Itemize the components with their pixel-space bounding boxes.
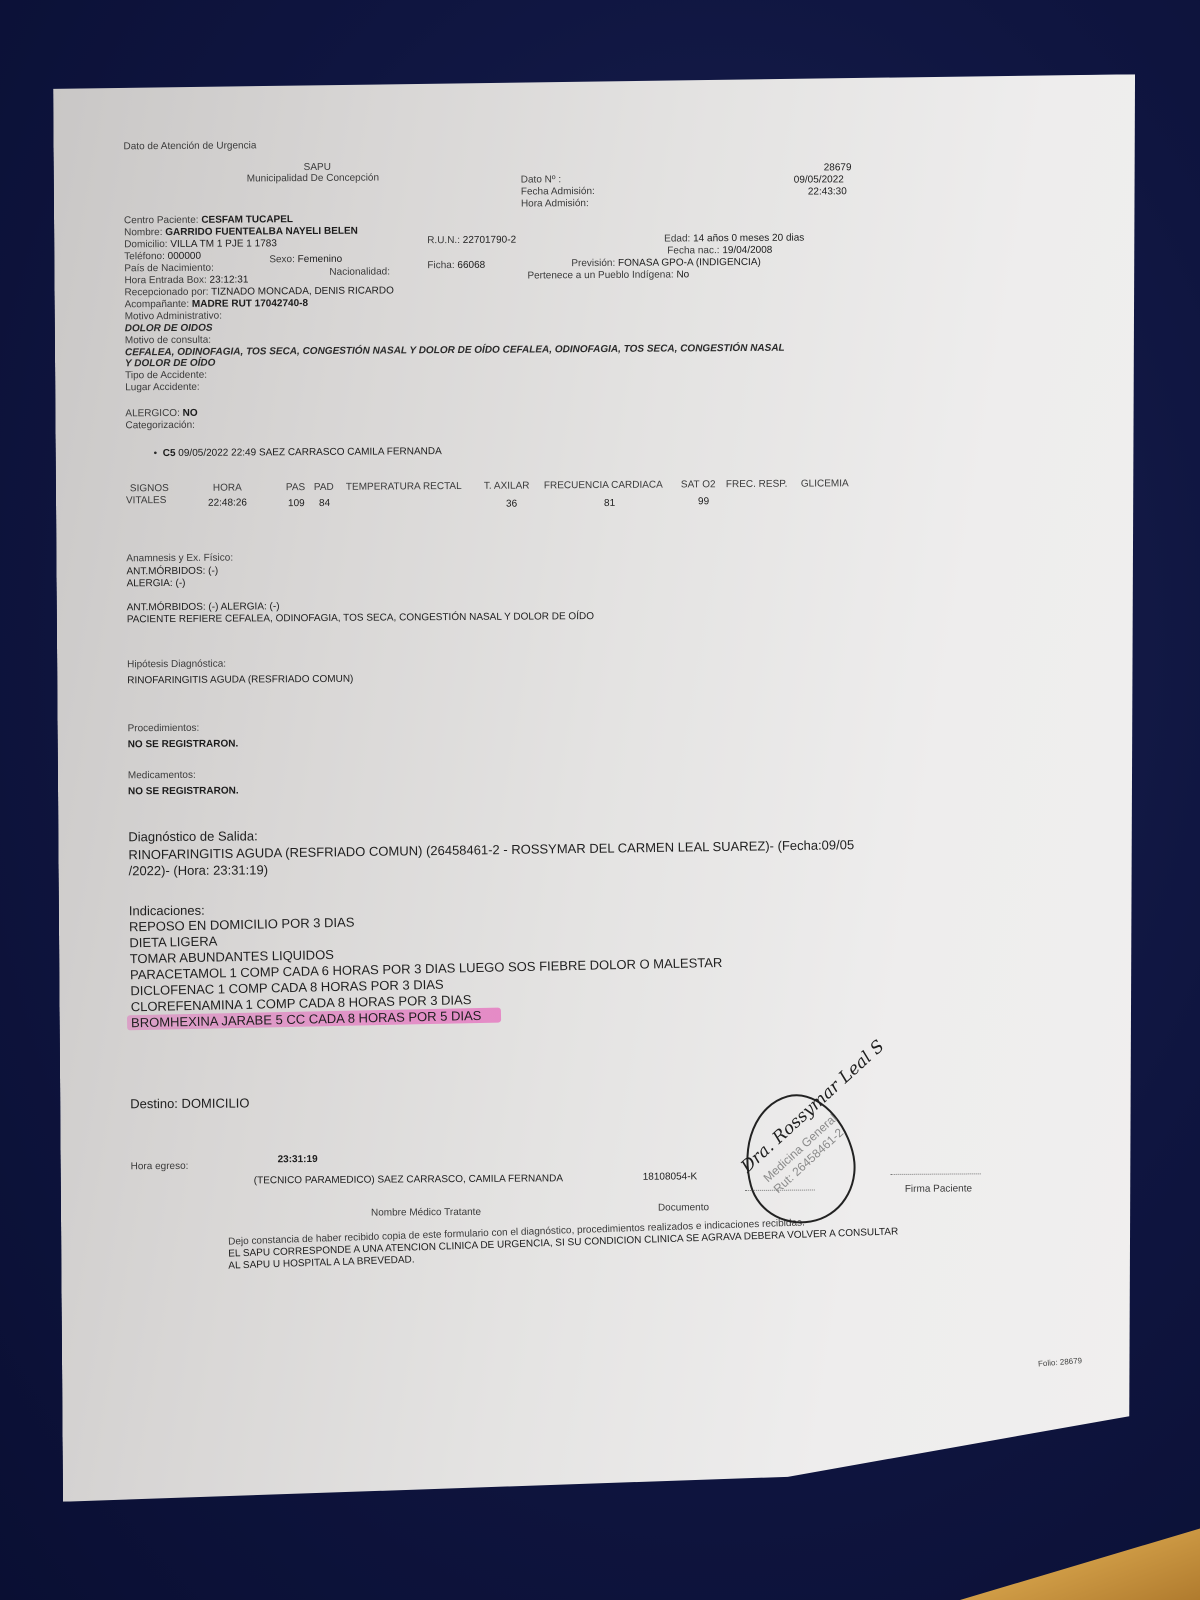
procedimientos-value: NO SE REGISTRARON. bbox=[128, 739, 239, 752]
indicaciones-label: Indicaciones: bbox=[129, 903, 205, 920]
indicaciones-list: REPOSO EN DOMICILIO POR 3 DIAS DIETA LIG… bbox=[129, 907, 724, 1031]
fecha-admision-label: Fecha Admisión: bbox=[521, 186, 595, 199]
vital-signs-table: SIGNOS HORA PAS PAD TEMPERATURA RECTAL T… bbox=[126, 478, 866, 513]
pueblo-label: Pertenece a un Pueblo Indígena: bbox=[527, 269, 673, 281]
categorizacion-entry: • C5 09/05/2022 22:49 SAEZ CARRASCO CAMI… bbox=[154, 446, 442, 460]
alergico-row: ALERGICO: NO bbox=[125, 408, 197, 421]
pueblo-value: No bbox=[676, 269, 689, 280]
nacionalidad-label: Nacionalidad: bbox=[329, 266, 390, 278]
bullet-icon: • bbox=[154, 448, 160, 459]
categorizacion-label: Categorización: bbox=[125, 420, 195, 432]
fecha-nac-label: Fecha nac.: bbox=[667, 245, 719, 256]
hora-box-row: Hora Entrada Box: 23:12:31 bbox=[124, 274, 248, 287]
categorizacion-code: C5 bbox=[163, 448, 176, 459]
prevision-row: Previsión: FONASA GPO-A (INDIGENCIA) bbox=[571, 257, 761, 270]
domicilio-label: Domicilio: bbox=[124, 239, 167, 250]
anamnesis-line4: PACIENTE REFIERE CEFALEA, ODINOFAGIA, TO… bbox=[127, 611, 594, 626]
firma-paciente-label: Firma Paciente bbox=[905, 1183, 972, 1195]
hora-admision-label: Hora Admisión: bbox=[521, 198, 589, 210]
dato-value: 28679 bbox=[824, 162, 852, 174]
fecha-nac-row: Fecha nac.: 19/04/2008 bbox=[667, 245, 772, 258]
categorizacion-value: 09/05/2022 22:49 SAEZ CARRASCO CAMILA FE… bbox=[178, 446, 442, 459]
vitals-col-hora: HORA bbox=[213, 482, 242, 494]
vitals-col-pad: PAD bbox=[314, 482, 334, 494]
vitals-pas-value: 109 bbox=[288, 498, 305, 510]
vitals-hora-value: 22:48:26 bbox=[208, 497, 247, 509]
nombre-label: Nombre: bbox=[124, 227, 162, 238]
run-value: 22701790-2 bbox=[463, 235, 516, 246]
vitals-col-sat-o2: SAT O2 bbox=[681, 479, 716, 491]
hora-admision-value: 22:43:30 bbox=[808, 186, 847, 198]
destino-value: DOMICILIO bbox=[181, 1095, 249, 1110]
folio-number: Folio: 28679 bbox=[1038, 1356, 1083, 1368]
vitals-col-frec-cardiaca: FRECUENCIA CARDIACA bbox=[544, 480, 663, 493]
motivo-consulta-line1: CEFALEA, ODINOFAGIA, TOS SECA, CONGESTIÓ… bbox=[125, 343, 785, 360]
destino-label: Destino: bbox=[130, 1096, 178, 1111]
motivo-administrativo-value: DOLOR DE OIDOS bbox=[125, 323, 213, 336]
org-municipality: Municipalidad De Concepción bbox=[247, 173, 379, 186]
vitals-pad-value: 84 bbox=[319, 498, 330, 510]
run-label: R.U.N.: bbox=[427, 235, 460, 246]
telefono-label: Teléfono: bbox=[124, 251, 165, 262]
edad-row: Edad: 14 años 0 meses 20 dias bbox=[664, 233, 804, 246]
run-row: R.U.N.: 22701790-2 bbox=[427, 235, 516, 248]
destino-row: Destino: DOMICILIO bbox=[130, 1095, 249, 1112]
acompanante-label: Acompañante: bbox=[125, 299, 190, 310]
recepcionado-value: TIZNADO MONCADA, DENIS RICARDO bbox=[211, 285, 394, 297]
recepcionado-row: Recepcionado por: TIZNADO MONCADA, DENIS… bbox=[124, 285, 393, 299]
telefono-row: Teléfono: 000000 bbox=[124, 251, 201, 264]
diagnostico-salida-line2: /2022)- (Hora: 23:31:19) bbox=[129, 862, 269, 879]
documento-value: 18108054-K bbox=[643, 1171, 698, 1183]
sexo-value: Femenino bbox=[298, 254, 343, 265]
vitals-col-frec-resp: FREC. RESP. bbox=[726, 479, 788, 491]
lugar-accidente-label: Lugar Accidente: bbox=[125, 382, 200, 395]
medico-tratante-value: (TECNICO PARAMEDICO) SAEZ CARRASCO, CAMI… bbox=[254, 1173, 563, 1187]
hora-egreso-value: 23:31:19 bbox=[278, 1154, 318, 1166]
motivo-consulta-label: Motivo de consulta: bbox=[125, 335, 211, 348]
recepcionado-label: Recepcionado por: bbox=[124, 287, 208, 299]
telefono-value: 000000 bbox=[168, 251, 201, 262]
fecha-admision-value: 09/05/2022 bbox=[794, 174, 844, 186]
domicilio-value: VILLA TM 1 PJE 1 1783 bbox=[170, 238, 277, 250]
nombre-row: Nombre: GARRIDO FUENTEALBA NAYELI BELEN bbox=[124, 226, 358, 240]
hora-egreso-label: Hora egreso: bbox=[131, 1161, 189, 1173]
edad-value: 14 años 0 meses 20 dias bbox=[693, 233, 804, 245]
medicamentos-label: Medicamentos: bbox=[128, 770, 196, 782]
form-title: Dato de Atención de Urgencia bbox=[123, 140, 256, 153]
domicilio-row: Domicilio: VILLA TM 1 PJE 1 1783 bbox=[124, 238, 277, 251]
vitals-col-glicemia: GLICEMIA bbox=[801, 478, 849, 490]
document-body: Dato de Atención de Urgencia SAPU Munici… bbox=[123, 136, 863, 141]
anamnesis-line1: ANT.MÓRBIDOS: (-) bbox=[126, 566, 218, 579]
vitals-sat-o2-value: 99 bbox=[698, 496, 709, 508]
fecha-nac-value: 19/04/2008 bbox=[722, 245, 772, 256]
acompanante-row: Acompañante: MADRE RUT 17042740-8 bbox=[125, 298, 309, 311]
ficha-label: Ficha: bbox=[427, 260, 454, 271]
hora-box-value: 23:12:31 bbox=[209, 274, 248, 285]
prevision-value: FONASA GPO-A (INDIGENCIA) bbox=[618, 257, 761, 269]
hipotesis-value: RINOFARINGITIS AGUDA (RESFRIADO COMUN) bbox=[127, 674, 353, 688]
documento-label: Documento bbox=[658, 1202, 709, 1214]
vitals-col-temp-rectal: TEMPERATURA RECTAL bbox=[346, 481, 462, 494]
vitals-header-row: SIGNOS HORA PAS PAD TEMPERATURA RECTAL T… bbox=[126, 478, 866, 483]
edad-label: Edad: bbox=[664, 233, 690, 244]
sexo-row: Sexo: Femenino bbox=[269, 254, 342, 267]
dato-label: Dato Nº : bbox=[521, 174, 561, 186]
diagnostico-salida-label: Diagnóstico de Salida: bbox=[128, 828, 257, 845]
medicamentos-value: NO SE REGISTRARON. bbox=[128, 786, 239, 799]
anamnesis-line3: ANT.MÓRBIDOS: (-) ALERGIA: (-) bbox=[127, 601, 280, 614]
vitals-col-pas: PAS bbox=[286, 482, 305, 494]
folio-value: 28679 bbox=[1059, 1356, 1082, 1367]
prevision-label: Previsión: bbox=[571, 258, 615, 269]
vitals-label-line2: VITALES bbox=[126, 495, 166, 507]
vitals-label-line1: SIGNOS bbox=[130, 483, 169, 495]
acompanante-value: MADRE RUT 17042740-8 bbox=[192, 298, 308, 310]
centro-value: CESFAM TUCAPEL bbox=[201, 214, 293, 226]
procedimientos-label: Procedimientos: bbox=[128, 723, 200, 736]
folio-label: Folio: bbox=[1038, 1358, 1058, 1368]
anamnesis-line2: ALERGIA: (-) bbox=[127, 578, 186, 590]
urgency-care-form-sheet: Dato de Atención de Urgencia SAPU Munici… bbox=[53, 74, 1145, 1502]
pueblo-indigena-row: Pertenece a un Pueblo Indígena: No bbox=[527, 269, 689, 282]
ficha-value: 66068 bbox=[457, 260, 485, 271]
vitals-t-axilar-value: 36 bbox=[506, 499, 517, 511]
ficha-row: Ficha: 66068 bbox=[427, 260, 485, 272]
wooden-table-corner bbox=[900, 1490, 1200, 1600]
centro-label: Centro Paciente: bbox=[124, 215, 199, 227]
anamnesis-label: Anamnesis y Ex. Físico: bbox=[126, 553, 233, 566]
sexo-label: Sexo: bbox=[269, 254, 295, 265]
motivo-consulta-line2: Y DOLOR DE OÍDO bbox=[125, 358, 215, 371]
tipo-accidente-label: Tipo de Accidente: bbox=[125, 370, 207, 383]
nombre-value: GARRIDO FUENTEALBA NAYELI BELEN bbox=[165, 226, 358, 238]
hipotesis-label: Hipótesis Diagnóstica: bbox=[127, 659, 226, 672]
alergico-label: ALERGICO: bbox=[125, 408, 180, 419]
signature-line-paciente bbox=[891, 1173, 981, 1175]
medico-tratante-label: Nombre Médico Tratante bbox=[371, 1207, 481, 1220]
vitals-frec-cardiaca-value: 81 bbox=[604, 498, 615, 510]
motivo-administrativo-label: Motivo Administrativo: bbox=[125, 311, 222, 324]
hora-box-label: Hora Entrada Box: bbox=[124, 275, 206, 287]
pais-nacimiento-label: País de Nacimiento: bbox=[124, 263, 214, 276]
vitals-col-t-axilar: T. AXILAR bbox=[484, 480, 530, 492]
alergico-value: NO bbox=[183, 408, 198, 419]
